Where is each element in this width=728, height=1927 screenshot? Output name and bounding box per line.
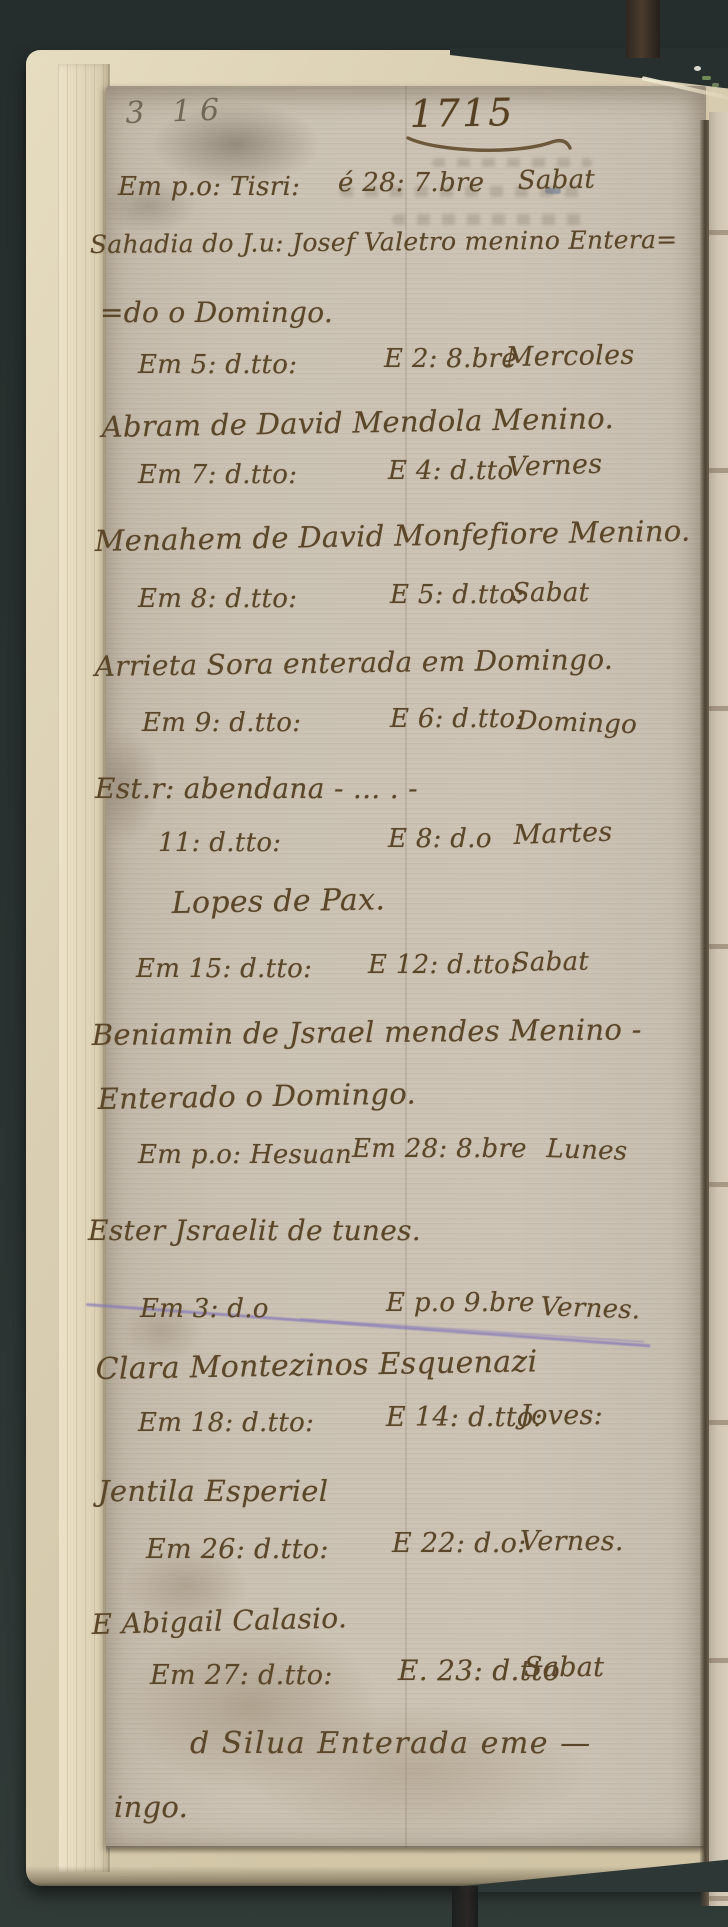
entry-weekday: Martes <box>513 817 613 851</box>
entry-name-line: =do o Domingo. <box>100 296 333 329</box>
page-bottom-shadow <box>106 1846 706 1854</box>
manuscript-scan: 3 16 1715 Em p.o: Tisri: é 28: 7.bre Sab… <box>0 0 728 1927</box>
entry-name-line: Enterado o Domingo. <box>97 1076 416 1116</box>
entry-weekday: Vernes. <box>540 1292 641 1325</box>
entry-weekday: Joves: <box>520 1400 603 1431</box>
paper-glint <box>694 66 701 71</box>
entry-hebrew-date: Em 18: d.tto: <box>138 1408 314 1438</box>
entry-hebrew-date: Em 26: d.tto: <box>146 1534 329 1565</box>
entry-civil-date: E 5: d.tto: <box>390 580 524 610</box>
entry-civil-date: E p.o 9.bre <box>386 1288 535 1318</box>
facing-page-sliver <box>709 112 728 1906</box>
entry-hebrew-date: Em p.o: Hesuan <box>138 1140 352 1170</box>
entry-weekday: Vernes. <box>520 1526 624 1557</box>
entry-weekday: Domingo <box>516 706 638 740</box>
entry-name-line: Sahadia do J.u: Josef Valetro menino Ent… <box>90 225 678 259</box>
entry-weekday: Sabat <box>517 165 595 196</box>
entry-civil-date: E 22: d.o: <box>392 1528 527 1559</box>
binding-thread-fleck <box>712 83 719 87</box>
table-shadow-streak <box>452 1886 478 1927</box>
entry-civil-date: E 6: d.tto: <box>390 704 524 734</box>
entry-weekday: Sabat <box>524 1652 604 1683</box>
entry-civil-date: E 2: 8.bre <box>384 344 517 374</box>
page-block-edge <box>58 64 110 1872</box>
folio-number: 3 16 <box>125 92 229 131</box>
binding-thread-fleck <box>702 76 711 80</box>
entry-weekday: Sabat <box>511 947 589 978</box>
gutter-gap <box>700 120 709 1906</box>
entry-civil-date: E 12: d.tto: <box>368 950 519 980</box>
entry-civil-date: é 28: 7.bre <box>338 168 484 198</box>
entry-hebrew-date: 11: d.tto: <box>158 828 281 858</box>
binding-spine-strip <box>626 0 660 58</box>
entry-name-line: d Silua Enterada eme — <box>190 1726 592 1761</box>
entry-civil-date: Em 28: 8.bre <box>352 1134 527 1164</box>
entry-name-line: Ester Jsraelit de tunes. <box>88 1214 421 1247</box>
entry-hebrew-date: Em 3: d.o <box>140 1294 269 1324</box>
ink-bleed-through <box>392 214 592 225</box>
entry-name-line: Lopes de Pax. <box>171 882 385 921</box>
entry-weekday: Sabat <box>512 578 589 608</box>
entry-hebrew-date: Em 9: d.tto: <box>142 708 301 738</box>
entry-weekday: Lunes <box>546 1134 628 1167</box>
entry-weekday: Vernes <box>507 449 603 483</box>
entry-civil-date: E 8: d.o <box>388 824 492 854</box>
entry-hebrew-date: Em 15: d.tto: <box>136 954 312 984</box>
entry-hebrew-date: Em 8: d.tto: <box>138 584 297 614</box>
entry-name-line: Est.r: abendana - ... . - <box>95 772 418 805</box>
entry-name-line: Jentila Esperiel <box>98 1474 328 1508</box>
entry-name-line: E Abigail Calasio. <box>91 1601 347 1641</box>
entry-hebrew-date: Em 27: d.tto: <box>150 1660 333 1691</box>
entry-civil-date: E 4: d.tto <box>388 456 513 486</box>
entry-hebrew-date: Em 7: d.tto: <box>138 460 297 490</box>
entry-hebrew-date: Em p.o: Tisri: <box>118 172 300 202</box>
entry-hebrew-date: Em 5: d.tto: <box>138 350 297 380</box>
entry-weekday: Mercoles <box>505 340 634 373</box>
entry-name-line: ingo. <box>114 1790 188 1824</box>
entry-name-line: Beniamin de Jsrael mendes Menino - <box>92 1012 642 1052</box>
year-underline-flourish <box>404 130 574 160</box>
